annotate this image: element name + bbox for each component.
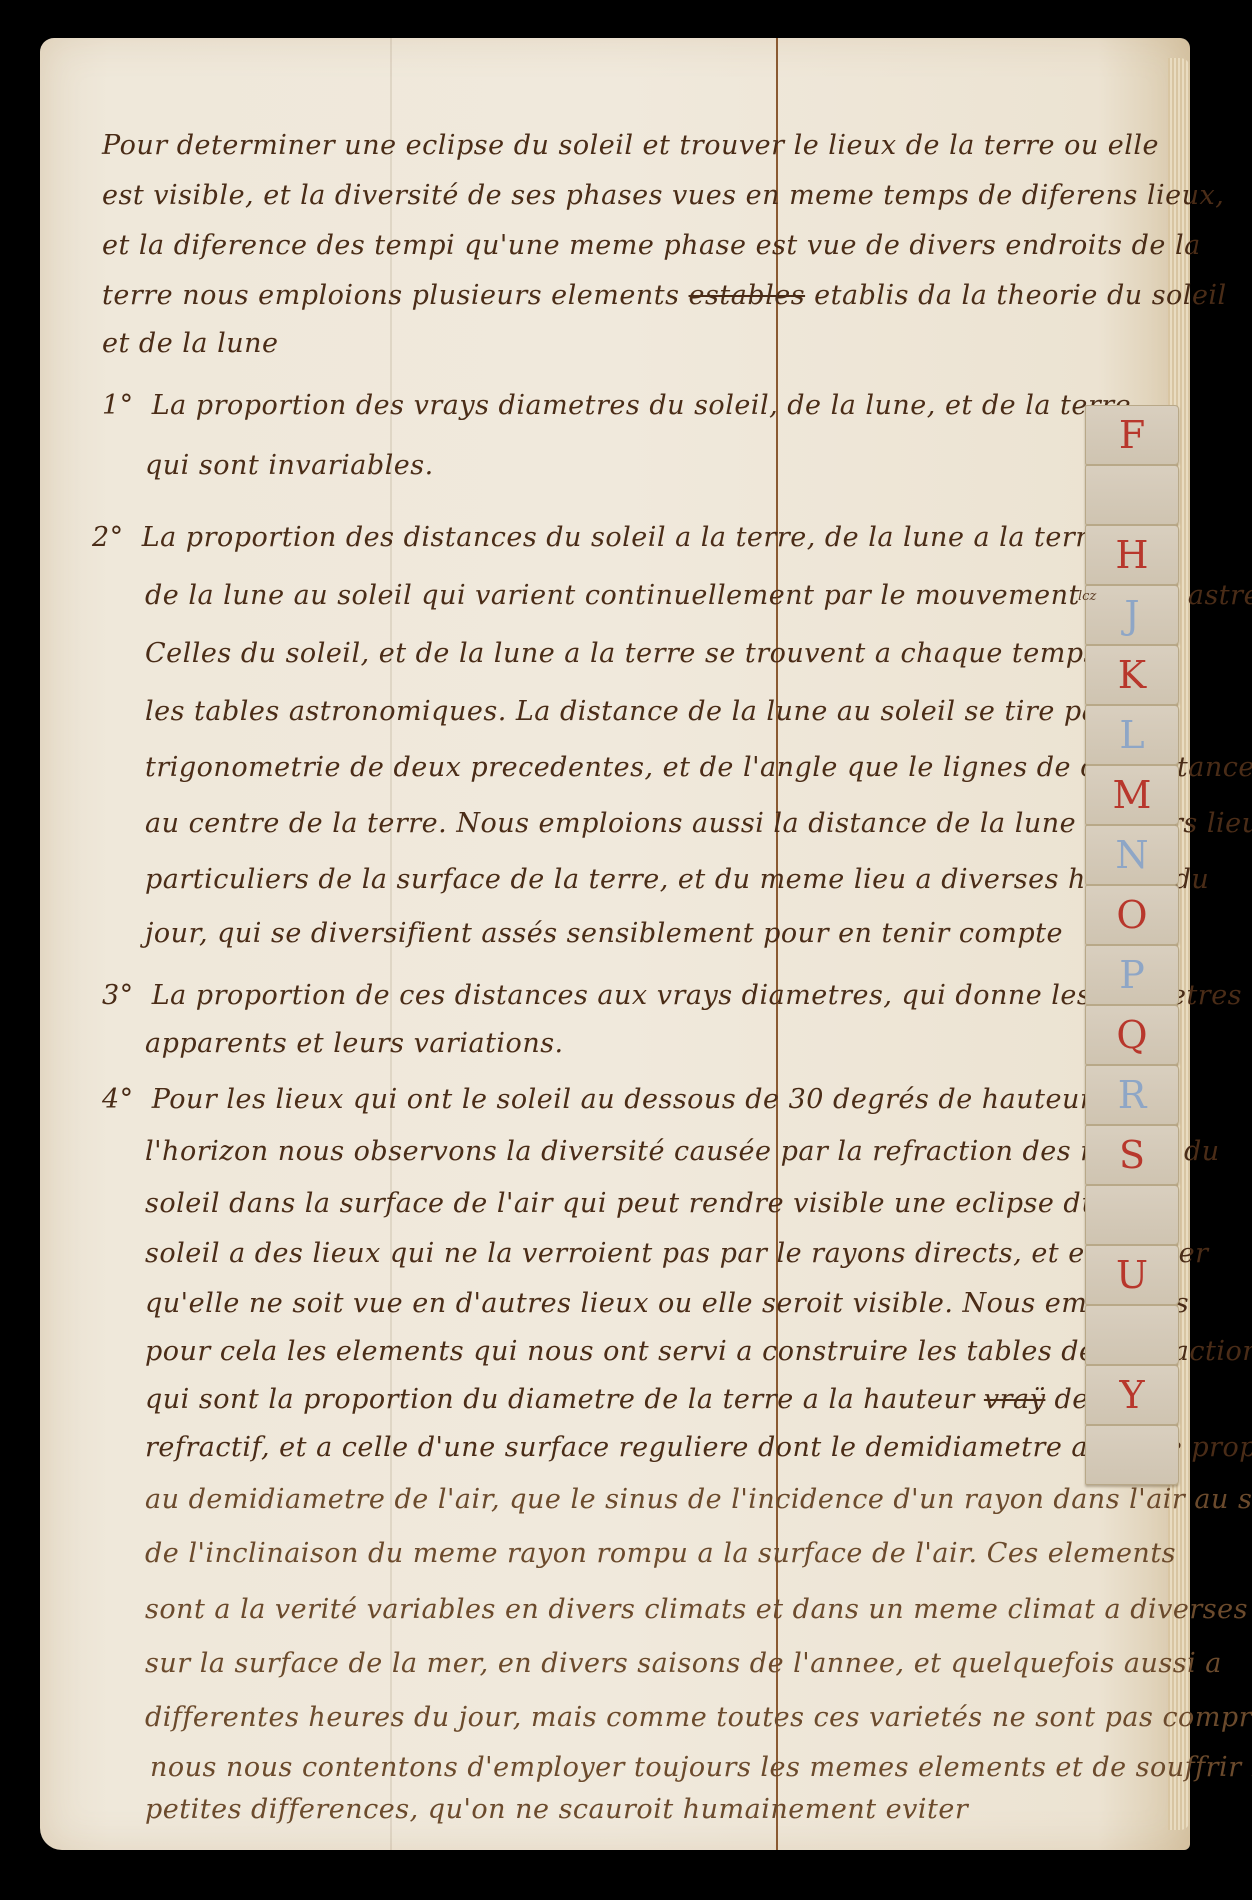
index-tab-x[interactable]: X [1085, 1305, 1179, 1365]
text-line: de l'inclinaison du meme rayon rompu a l… [145, 1538, 1176, 1569]
numbered-item-1: 1°La proportion des vrays diametres du s… [102, 390, 1131, 421]
text-line: soleil dans la surface de l'air qui peut… [145, 1188, 1099, 1219]
text-segment: La proportion de ces distances aux vrays… [152, 980, 1242, 1011]
text-line: soleil a des lieux qui ne la verroient p… [145, 1238, 1208, 1269]
index-tab-h[interactable]: H [1085, 525, 1179, 585]
text-segment: La proportion des distances du soleil a … [142, 522, 1151, 553]
text-line: les tables astronomiques. La distance de… [145, 696, 1147, 727]
index-tab-r[interactable]: R [1085, 1065, 1179, 1125]
text-line: Celles du soleil, et de la lune a la ter… [145, 638, 1155, 669]
text-line: qui sont invariables. [145, 450, 434, 481]
text-line: petites differences, qu'on ne scauroit h… [145, 1794, 968, 1825]
item-number: 2° [92, 522, 124, 553]
alphabet-index-tabs: F G H lcz J K L M N O P Q R S T U X Y [1085, 405, 1190, 1485]
text-line: est visible, et la diversité de ses phas… [102, 180, 1224, 211]
text-line: Pour determiner une eclipse du soleil et… [102, 130, 1159, 161]
text-line: sont a la verité variables en divers cli… [145, 1594, 1252, 1625]
item-number: 4° [102, 1084, 134, 1115]
index-tab-j[interactable]: lcz J [1085, 585, 1179, 645]
text-line: differentes heures du jour, mais comme t… [145, 1702, 1252, 1733]
text-line: et de la lune [102, 328, 278, 359]
manuscript-text: Pour determiner une eclipse du soleil et… [40, 38, 1190, 1850]
text-line: et la diference des tempi qu'une meme ph… [102, 230, 1201, 261]
text-line: terre nous emploions plusieurs elements … [102, 280, 1227, 311]
index-tab-t[interactable]: T [1085, 1185, 1179, 1245]
text-line: particuliers de la surface de la terre, … [145, 864, 1209, 895]
text-segment: La proportion des vrays diametres du sol… [152, 390, 1131, 421]
tab-letter: J [1124, 596, 1139, 634]
manuscript-page: Pour determiner une eclipse du soleil et… [40, 38, 1190, 1850]
text-line: qui sont la proportion du diametre de la… [145, 1384, 1160, 1415]
index-tab-q[interactable]: Q [1085, 1005, 1179, 1065]
index-tab-f[interactable]: F [1085, 405, 1179, 465]
text-line: qu'elle ne soit vue en d'autres lieux ou… [145, 1288, 1189, 1319]
index-tab-s[interactable]: S [1085, 1125, 1179, 1185]
index-tab-o[interactable]: O [1085, 885, 1179, 945]
item-number: 1° [102, 390, 134, 421]
index-tab-p[interactable]: P [1085, 945, 1179, 1005]
numbered-item-2: 2°La proportion des distances du soleil … [92, 522, 1151, 553]
text-line: nous nous contentons d'employer toujours… [150, 1752, 1252, 1783]
text-line: jour, qui se diversifient assés sensible… [145, 918, 1063, 949]
struck-word: estables [689, 280, 806, 311]
text-line: au demidiametre de l'air, que le sinus d… [145, 1484, 1252, 1515]
text-segment: Pour les lieux qui ont le soleil au dess… [152, 1084, 1163, 1115]
text-segment: etablis da la theorie du soleil [814, 280, 1227, 311]
index-tab-k[interactable]: K [1085, 645, 1179, 705]
index-tab-y[interactable]: Y [1085, 1365, 1179, 1425]
numbered-item-3: 3°La proportion de ces distances aux vra… [102, 980, 1242, 1011]
text-segment: terre nous emploions plusieurs elements [102, 280, 679, 311]
index-tab-n[interactable]: N [1085, 825, 1179, 885]
numbered-item-4: 4°Pour les lieux qui ont le soleil au de… [102, 1084, 1162, 1115]
index-tab-m[interactable]: M [1085, 765, 1179, 825]
item-number: 3° [102, 980, 134, 1011]
text-line: apparents et leurs variations. [145, 1028, 564, 1059]
struck-word: vraÿ [984, 1384, 1046, 1415]
index-tab-blank[interactable] [1085, 1425, 1179, 1485]
text-segment: qui sont la proportion du diametre de la… [145, 1384, 975, 1415]
text-line: l'horizon nous observons la diversité ca… [145, 1136, 1220, 1167]
text-line: sur la surface de la mer, en divers sais… [145, 1648, 1222, 1679]
index-tab-l[interactable]: L [1085, 705, 1179, 765]
index-tab-g[interactable]: G [1085, 465, 1179, 525]
index-tab-u[interactable]: U [1085, 1245, 1179, 1305]
tab-annotation: lcz [1078, 590, 1096, 603]
